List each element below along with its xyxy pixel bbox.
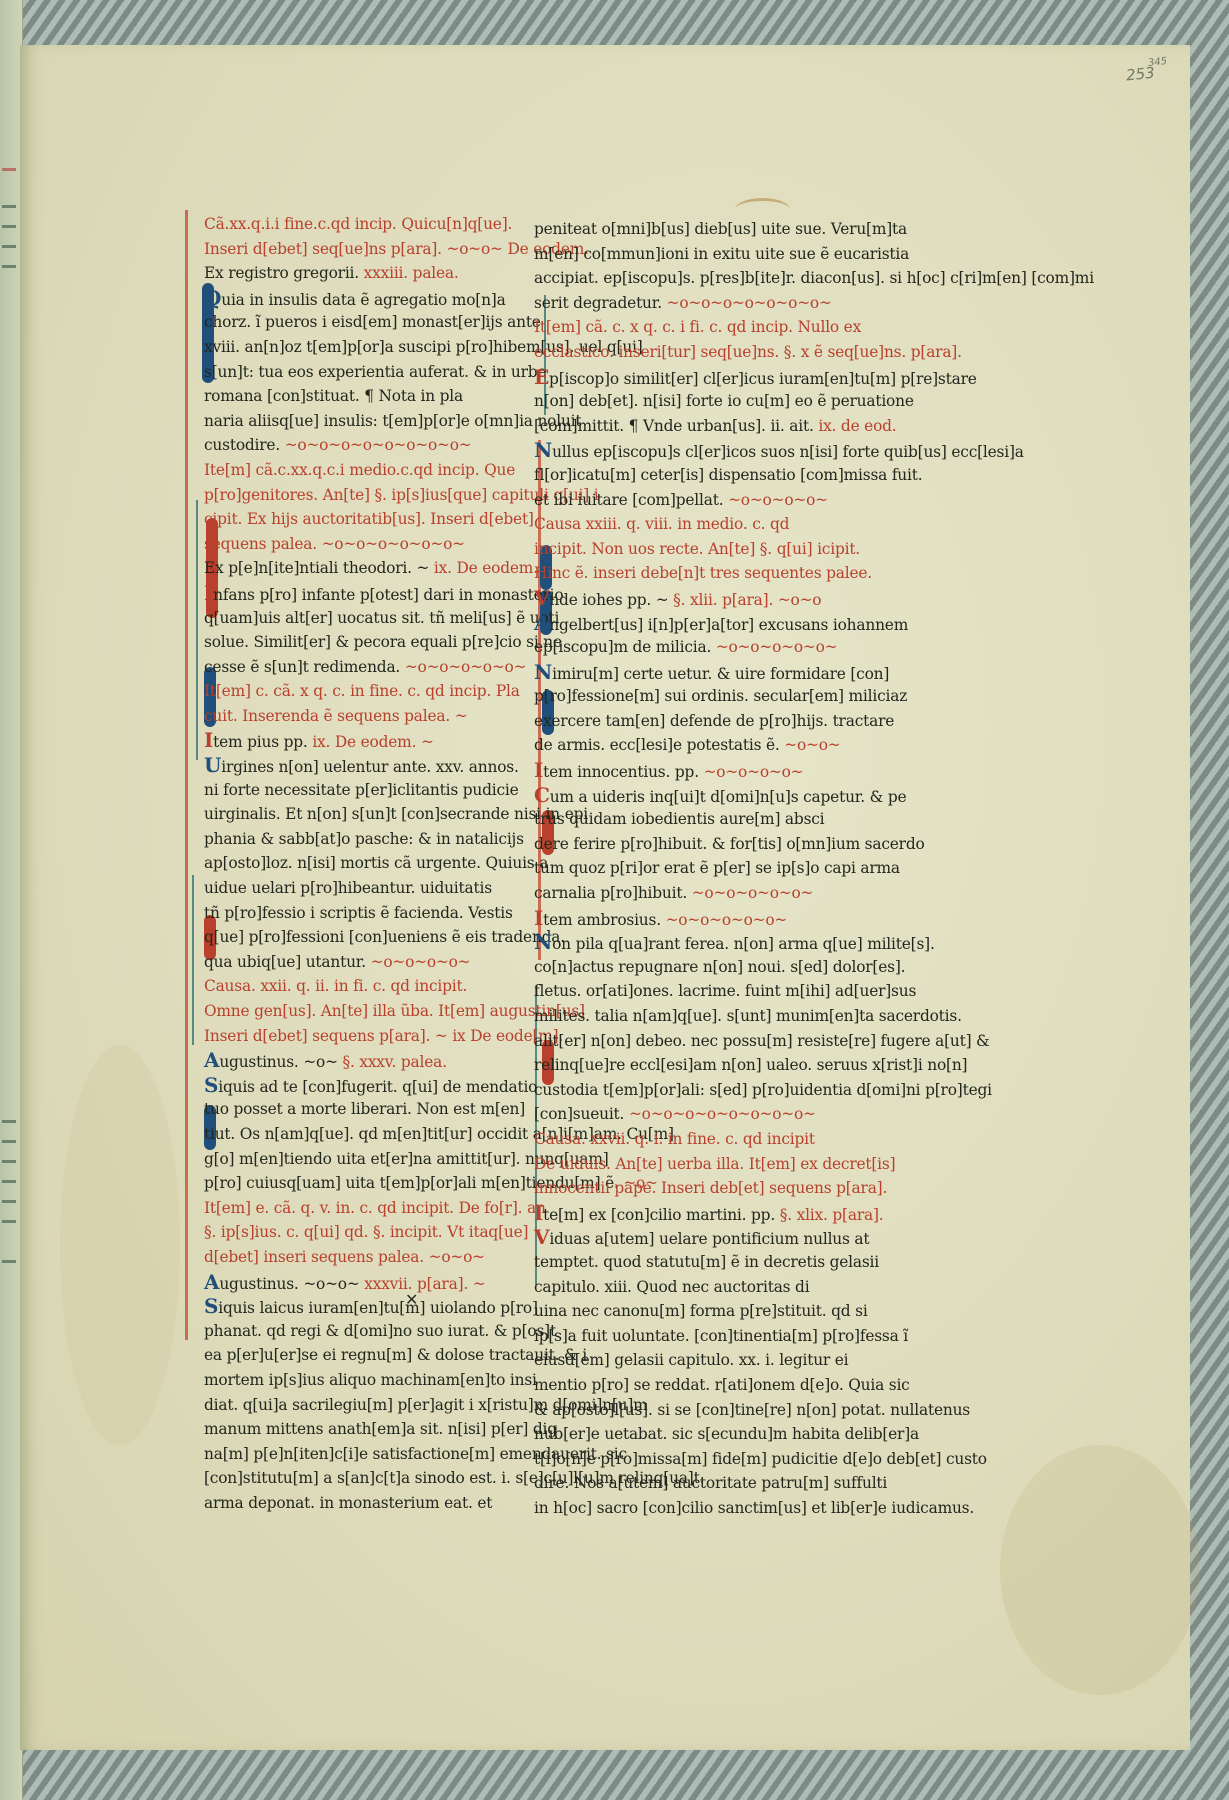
text-line: tñ p[ro]fessio i scriptis ẽ facienda. Ve… [204,901,549,926]
text-line: na[m] p[e]n[iten]c[i]e satisfactione[m] … [204,1442,549,1467]
page-edge-mark [2,1140,16,1143]
page-edge-mark [2,168,16,171]
initial-letter: I [204,581,213,605]
text-line: Non pila q[ua]rant ferea. n[on] arma q[u… [534,930,879,955]
text-line: de armis. ecc[lesi]e potestatis ẽ. ~o~o~ [534,733,879,758]
text-line: Viduas a[utem] uelare pontificium nullus… [534,1225,879,1250]
text-line: g[o] m[en]tiendo uita et[er]na amittit[u… [204,1147,549,1172]
text-line: diat. q[ui]a sacrilegiu[m] p[er]agit i x… [204,1393,549,1418]
rubric-segment: §. xlii. p[ara]. ~o~o [673,591,821,609]
blue-pen-flourish [192,875,194,1045]
text-line: Vnde iohes pp. ~ §. xlii. p[ara]. ~o~o [534,586,879,611]
initial-letter: I [204,728,213,752]
page-edge-mark [2,1180,16,1183]
text-line: dere ferire p[ro]hibuit. & for[tis] o[mn… [534,832,879,857]
text-line: q[uam]uis alt[er] uocatus sit. tñ meli[u… [204,606,549,631]
rubric-line: ecclastico. inseri[tur] seq[ue]ns. §. x … [534,340,879,365]
rubric-line: It[em] c. cã. x q. c. in fine. c. qd inc… [204,679,549,704]
parchment-stain [60,1045,180,1445]
rubric-line: cipit. Ex hijs auctoritatib[us]. Inseri … [204,507,549,532]
page-edge-mark [2,1120,16,1123]
text-line: Cum a uideris inq[ui]t d[omi]n[u]s capet… [534,783,879,808]
rubric-line: p[ro]genitores. An[te] §. ip[s]ius[que] … [204,483,549,508]
text-line: in h[oc] sacro [con]cilio sanctim[us] et… [534,1496,879,1521]
text-line: cesse ẽ s[un]t redimenda. ~o~o~o~o~o~ [204,655,549,680]
text-column-right: peniteat o[mni]b[us] dieb[us] uite sue. … [534,217,879,1520]
rubric-line: Inseri d[ebet] seq[ue]ns p[ara]. ~o~o~ D… [204,237,549,262]
rubric-line: §. ip[s]ius. c. q[ui] qd. §. incipit. Vt… [204,1220,549,1245]
text-line: Nimiru[m] certe uetur. & uire formidare … [534,660,879,685]
text-line: relinq[ue]re eccl[esi]am n[on] ualeo. se… [534,1053,879,1078]
text-line: ip[s]a fuit uoluntate. [con]tinentia[m] … [534,1324,879,1349]
text-line: [con]sueuit. ~o~o~o~o~o~o~o~o~ [534,1102,879,1127]
text-line: solue. Similit[er] & pecora equali p[re]… [204,630,549,655]
rubric-line: It[em] cã. c. x q. c. i fi. c. qd incip.… [534,315,879,340]
initial-letter: S [204,1073,218,1097]
text-line: Uirgines n[on] uelentur ante. xxv. annos… [204,753,549,778]
page-edge-mark [2,1200,16,1203]
text-line: n[on] deb[et]. n[isi] forte io cu[m] eo … [534,389,879,414]
rubric-segment: ix. De eodem. ~ [312,733,433,751]
text-line: fl[or]icatu[m] ceter[is] dispensatio [co… [534,463,879,488]
initial-letter: N [534,660,552,684]
initial-letter: I [534,1201,543,1225]
text-line: Infans p[ro] infante p[otest] dari in mo… [204,581,549,606]
text-line: [com]mittit. ¶ Vnde urban[us]. ii. ait. … [534,414,879,439]
text-line: uirginalis. Et n[on] s[un]t [con]secrand… [204,802,549,827]
initial-letter: I [534,906,543,930]
rubric-segment: ix. de eod. [818,417,896,435]
text-line: manum mittens anath[em]a sit. n[isi] p[e… [204,1417,549,1442]
initial-letter: V [534,586,549,610]
text-line: romana [con]stituat. ¶ Nota in pla [204,384,549,409]
blue-pen-flourish [196,500,198,760]
text-line: Siquis laicus iuram[en]tu[m] uiolando p[… [204,1294,549,1319]
text-line: phanat. qd regi & d[omi]no suo iurat. & … [204,1319,549,1344]
rubric-segment: xxxvii. p[ara]. ~ [364,1275,485,1293]
text-line: & ap[osto]l[us]. si se [con]tine[re] n[o… [534,1398,879,1423]
text-line: p[ro] cuiusq[uam] uita t[em]p[or]ali m[e… [204,1171,549,1196]
initial-letter: N [534,930,552,954]
text-line: capitulo. xiii. Quod nec auctoritas di [534,1275,879,1300]
text-line: m[en] co[mmun]ioni in exitu uite sue ẽ e… [534,242,879,267]
text-line: serit degradetur. ~o~o~o~o~o~o~o~ [534,291,879,316]
text-line: ea p[er]u[er]se ei regnu[m] & dolose tra… [204,1343,549,1368]
text-line: Nullus ep[iscopu]s cl[er]icos suos n[isi… [534,438,879,463]
rubric-line: innocentii pape. Inseri deb[et] sequens … [534,1176,879,1201]
initial-letter: E [534,365,549,389]
text-line: chorz. ĩ pueros i eisd[em] monast[er]ijs… [204,310,549,335]
rubric-segment: §. xlix. p[ara]. [780,1206,884,1224]
text-line: Augustinus. ~o~ §. xxxv. palea. [204,1048,549,1073]
rubric-line: Causa. xxvii. q. i. in fine. c. qd incip… [534,1127,879,1152]
page-edge-mark [2,245,16,248]
rubric-line: De uiduis. An[te] uerba illa. It[em] ex … [534,1152,879,1177]
text-line: Siquis ad te [con]fugerit. q[ui] de mend… [204,1073,549,1098]
page-edge-mark [2,1160,16,1163]
text-line: trus quidam iobedientis aure[m] absci [534,807,879,832]
rubric-line: sequens palea. ~o~o~o~o~o~o~ [204,532,549,557]
text-line: Quia in insulis data ẽ agregatio mo[n]a [204,286,549,311]
text-line: nub[er]e uetabat. sic s[ecundu]m habita … [534,1422,879,1447]
page-edge-mark [2,225,16,228]
text-line: exercere tam[en] defende de p[ro]hijs. t… [534,709,879,734]
rubric-line: Causa xxiii. q. viii. in medio. c. qd [534,512,879,537]
page-edge-mark [2,1260,16,1263]
initial-letter: C [534,783,550,807]
rubric-line: incipit. Non uos recte. An[te] §. q[ui] … [534,537,879,562]
text-line: ni forte necessitate p[er]iclitantis pud… [204,778,549,803]
text-line: Ex registro gregorii. xxxiii. palea. [204,261,549,286]
text-line: uidue uelari p[ro]hibeantur. uiduitatis [204,876,549,901]
initial-letter: V [534,1225,549,1249]
text-line: [con]stitutu[m] a s[an]c[t]a sinodo est.… [204,1466,549,1491]
rubric-segment: §. xxxv. palea. [342,1053,446,1071]
rubric-line: Omne gen[us]. An[te] illa ũba. It[em] au… [204,999,549,1024]
text-line: tiut. Os n[am]q[ue]. qd m[en]tit[ur] occ… [204,1122,549,1147]
text-line: dire. Nos a[utem] auctoritate patru[m] s… [534,1471,879,1496]
text-line: tum quoz p[ri]or erat ẽ p[er] se ip[s]o … [534,856,879,881]
rubric-line: Inseri d[ebet] sequens p[ara]. ~ ix De e… [204,1024,549,1049]
text-line: t[i]o[n]e p[ro]missa[m] fide[m] pudiciti… [534,1447,879,1472]
text-line: mortem ip[s]ius aliquo machinam[en]to in… [204,1368,549,1393]
text-line: custodire. ~o~o~o~o~o~o~o~o~ [204,433,549,458]
text-line: phania & sabb[at]o pasche: & in natalici… [204,827,549,852]
initial-letter: A [534,611,549,635]
text-line: fletus. or[ati]ones. lacrime. fuint m[ih… [534,979,879,1004]
initial-letter: N [534,438,552,462]
text-line: Ite[m] ex [con]cilio martini. pp. §. xli… [534,1201,879,1226]
text-line: et ibi iuitare [com]pellat. ~o~o~o~o~ [534,488,879,513]
initial-letter: Q [204,286,221,310]
text-line: milites. talia n[am]q[ue]. s[unt] munim[… [534,1004,879,1029]
rubric-line: cuit. Inserenda ẽ sequens palea. ~ [204,704,549,729]
text-line: Augustinus. ~o~o~ xxxvii. p[ara]. ~ [204,1270,549,1295]
text-line: Ex p[e]n[ite]ntiali theodori. ~ ix. De e… [204,556,549,581]
initial-letter: S [204,1294,218,1318]
text-line: Item ambrosius. ~o~o~o~o~o~ [534,906,879,931]
rubric-line: Causa. xxii. q. ii. in fi. c. qd incipit… [204,974,549,999]
rubric-line: Cã.xx.q.i.i fine.c.qd incip. Quicu[n]q[u… [204,212,549,237]
text-line: ep[iscopu]m de milicia. ~o~o~o~o~o~ [534,635,879,660]
text-line: tuo posset a morte liberari. Non est m[e… [204,1097,549,1122]
text-line: mentio p[ro] se reddat. r[ati]onem d[e]o… [534,1373,879,1398]
text-line: q[ue] p[ro]fessioni [con]ueniens ẽ eis t… [204,925,549,950]
text-line: p[ro]fessione[m] sui ordinis. secular[em… [534,684,879,709]
text-line: Item pius pp. ix. De eodem. ~ [204,728,549,753]
text-line: accipiat. ep[iscopu]s. p[res]b[ite]r. di… [534,266,879,291]
rubric-segment: xxxiii. palea. [364,264,459,282]
text-line: co[n]actus repugnare n[on] noui. s[ed] d… [534,955,879,980]
text-line: Ep[iscop]o similit[er] cl[er]icus iuram[… [534,365,879,390]
rubric-line: Ite[m] cã.c.xx.q.c.i medio.c.qd incip. Q… [204,458,549,483]
initial-letter: A [204,1270,219,1294]
text-line: custodia t[em]p[or]ali: s[ed] p[ro]uiden… [534,1078,879,1103]
parchment-stain [1000,1445,1200,1695]
text-line: xviii. an[n]oz t[em]p[or]a suscipi p[ro]… [204,335,549,360]
text-line: uina nec canonu[m] forma p[re]stituit. q… [534,1299,879,1324]
rubric-line: Hinc ẽ. inseri debe[n]t tres sequentes p… [534,561,879,586]
text-line: naria aliisq[ue] insulis: t[em]p[or]e o[… [204,409,549,434]
rubric-line: d[ebet] inseri sequens palea. ~o~o~ [204,1245,549,1270]
initial-letter: U [204,753,221,777]
text-line: alit[er] n[on] debeo. nec possu[m] resis… [534,1029,879,1054]
rubric-segment: ix. De eodem. [434,559,538,577]
text-column-left: Cã.xx.q.i.i fine.c.qd incip. Quicu[n]q[u… [204,212,549,1515]
text-line: qua ubiq[ue] utantur. ~o~o~o~o~ [204,950,549,975]
page-edge-mark [2,265,16,268]
page-edge-mark [2,1220,16,1223]
rubric-line: It[em] e. cã. q. v. in. c. qd incipit. D… [204,1196,549,1221]
text-line: s[un]t: tua eos experientia auferat. & i… [204,360,549,385]
text-line: carnalia p[ro]hibuit. ~o~o~o~o~o~ [534,881,879,906]
text-line: arma deponat. in monasterium eat. et [204,1491,549,1516]
page-edge-mark [2,205,16,208]
text-line: Item innocentius. pp. ~o~o~o~o~ [534,758,879,783]
text-line: eiusd[em] gelasii capitulo. xx. i. legit… [534,1348,879,1373]
text-line: Angelbert[us] i[n]p[er]a[tor] excusans i… [534,611,879,636]
folio-number-alt: 345 [1147,56,1167,69]
text-line: temptet. quod statutu[m] ẽ in decretis g… [534,1250,879,1275]
initial-letter: A [204,1048,219,1072]
red-pen-flourish [185,210,188,1340]
text-line: peniteat o[mni]b[us] dieb[us] uite sue. … [534,217,879,242]
text-line: ap[osto]loz. n[isi] mortis cã urgente. Q… [204,851,549,876]
initial-letter: I [534,758,543,782]
catchmark: ✕ [405,1290,418,1309]
